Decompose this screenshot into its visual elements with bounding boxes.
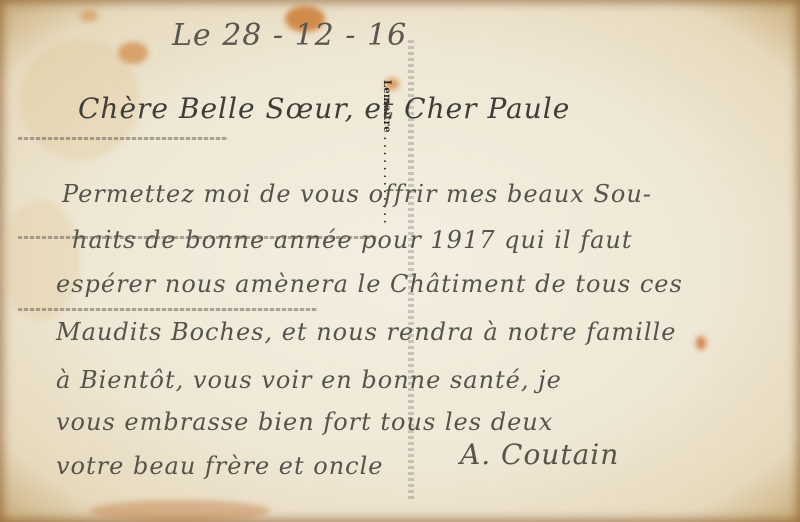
rust-stain [90, 500, 270, 522]
letter-date: Le 28 - 12 - 16 [172, 18, 407, 53]
rust-stain [696, 336, 706, 350]
address-rule [18, 308, 318, 311]
letter-line: à Bientôt, vous voir en bonne santé, je [56, 366, 562, 394]
foxing [0, 200, 80, 320]
letter-signature: A. Coutain [460, 438, 619, 471]
postcard: Lemaître . . . . . . . . . . . . Le 28 -… [0, 0, 800, 522]
letter-line: espérer nous amènera le Châtiment de tou… [56, 270, 683, 298]
rust-stain [80, 10, 98, 22]
letter-salutation: Chère Belle Sœur, et Cher Paule [78, 92, 570, 125]
letter-line: votre beau frère et oncle [56, 452, 383, 480]
address-rule [18, 137, 228, 140]
letter-line: vous embrasse bien fort tous les deux [56, 408, 553, 436]
letter-line: haits de bonne année pour 1917 qui il fa… [72, 226, 633, 254]
letter-line: Maudits Boches, et nous rendra à notre f… [56, 318, 676, 346]
letter-line: Permettez moi de vous offrir mes beaux S… [62, 180, 652, 208]
